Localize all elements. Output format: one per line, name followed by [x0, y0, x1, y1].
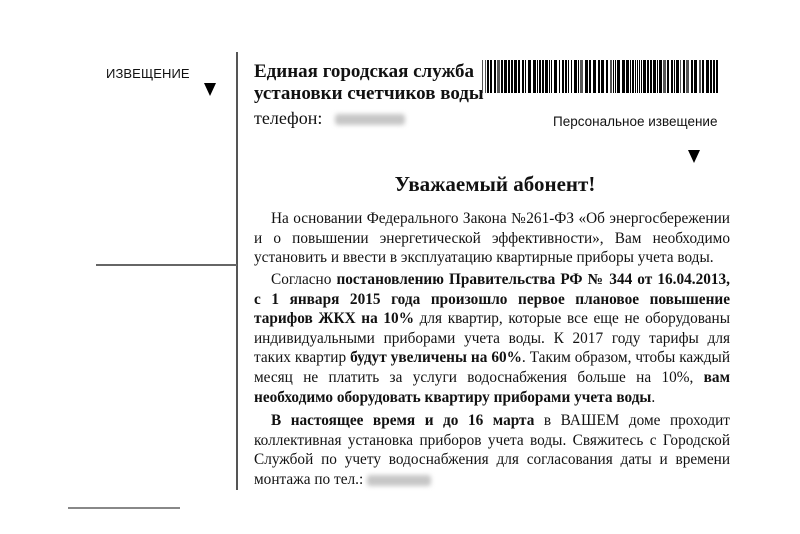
stub-title: ИЗВЕЩЕНИЕ	[106, 66, 190, 81]
letter-greeting: Уважаемый абонент!	[260, 172, 730, 197]
barcode-icon	[482, 60, 718, 93]
organization-name-line1: Единая городская служба	[254, 61, 484, 83]
phone-number-redacted	[367, 475, 431, 486]
phone-label: телефон:	[254, 108, 322, 128]
paragraph-tariffs: Согласно постановлению Правительства РФ …	[254, 270, 730, 407]
organization-name-line2: установки счетчиков воды	[254, 83, 484, 105]
cut-line-vertical	[236, 52, 238, 490]
paragraph-installation: В настоящее время и до 16 марта в ВАШЕМ …	[254, 411, 730, 489]
body-text: .	[651, 389, 655, 406]
body-text: На основании Федерального Закона №261-ФЗ…	[254, 210, 730, 266]
paragraph-law: На основании Федерального Закона №261-ФЗ…	[254, 209, 730, 268]
personal-notice-label: Персональное извещение	[553, 114, 717, 129]
bottom-edge-line	[68, 507, 180, 509]
down-arrow-icon	[688, 150, 700, 163]
stub-divider-line	[96, 264, 237, 266]
body-text: Согласно	[271, 271, 336, 288]
emphasized-text: будут увеличены на 60%	[350, 349, 522, 366]
phone-number-redacted	[335, 114, 405, 125]
emphasized-text: В настоящее время и до 16 марта	[271, 412, 534, 429]
down-arrow-icon	[204, 83, 216, 96]
organization-name: Единая городская служба установки счетчи…	[254, 61, 484, 105]
phone-line: телефон:	[254, 107, 405, 129]
